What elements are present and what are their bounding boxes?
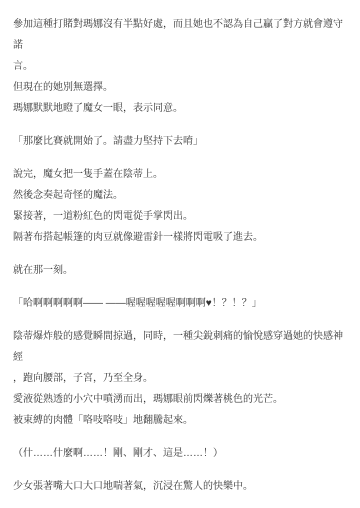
paragraph: 「哈啊啊啊啊啊—— ——喔喔喔喔喔啊啊啊♥！？！？」	[13, 293, 348, 314]
paragraph: 參加這種打賭對瑪娜沒有半點好處，而且她也不認為自己贏了對方就會遵守諾 言。 但現…	[13, 14, 348, 119]
novel-text-flow: 參加這種打賭對瑪娜沒有半點好處，而且她也不認為自己贏了對方就會遵守諾 言。 但現…	[13, 14, 348, 497]
paragraph: 陰蒂爆炸般的感覺瞬間掠過，同時，一種尖銳刺痛的愉悅感穿過她的快感神經 ，跑向腰部…	[13, 326, 348, 431]
paragraph: 說完，魔女把一隻手蓋在陰蒂上。 然後念奏起奇怪的魔法。 緊接著，一道粉紅色的閃電…	[13, 164, 348, 248]
paragraph: 少女張著嘴大口大口地喘著氣，沉浸在驚人的快樂中。	[13, 476, 348, 497]
paragraph: 就在那一刻。	[13, 260, 348, 281]
paragraph: （什……什麼啊……！剛、剛才、這是……！）	[13, 443, 348, 464]
novel-page: 參加這種打賭對瑪娜沒有半點好處，而且她也不認為自己贏了對方就會遵守諾 言。 但現…	[0, 0, 360, 508]
paragraph: 「那麼比賽就開始了。請盡力堅持下去唷」	[13, 131, 348, 152]
